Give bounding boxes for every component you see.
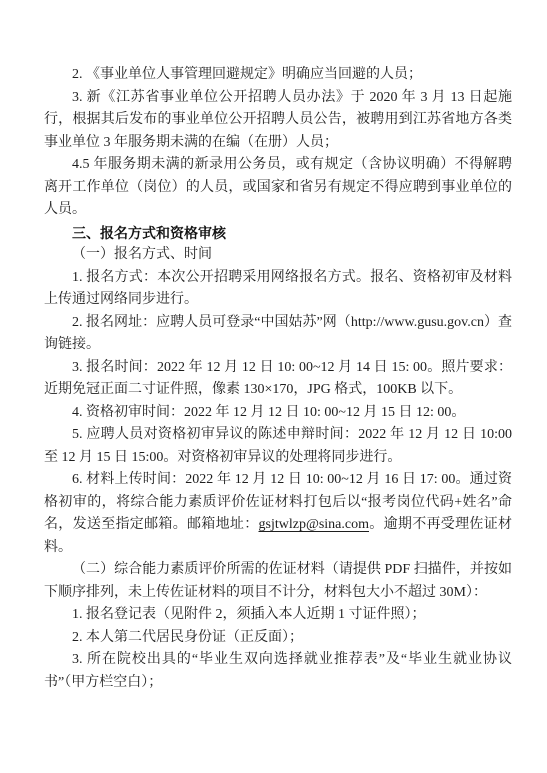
text-run: 3. 新《江苏省事业单位公开招聘人员办法》于 2020 年 3 月 13 日起施… [44,90,512,150]
text-run: 2. 本人第二代居民身份证（正反面）； [72,630,303,645]
text-run: （一）报名方式、时间 [72,247,212,262]
paragraph: 3. 报名时间：2022 年 12 月 12 日 10: 00~12 月 14 … [44,357,512,402]
text-run: 4. 资格初审时间：2022 年 12 月 12 日 10: 00~12 月 1… [72,405,465,420]
paragraph: 4. 资格初审时间：2022 年 12 月 12 日 10: 00~12 月 1… [44,402,512,425]
paragraph: 2. 《事业单位人事管理回避规定》明确应当回避的人员； [44,64,512,87]
paragraph: 1. 报名登记表（见附件 2，须插入本人近期 1 寸证件照）； [44,604,512,627]
paragraph: 6. 材料上传时间：2022 年 12 月 12 日 10: 00~12 月 1… [44,469,512,559]
paragraph: 2. 本人第二代居民身份证（正反面）； [44,627,512,650]
document-content: 2. 《事业单位人事管理回避规定》明确应当回避的人员；3. 新《江苏省事业单位公… [44,64,512,694]
text-run: 2. 《事业单位人事管理回避规定》明确应当回避的人员； [72,67,422,82]
paragraph: （一）报名方式、时间 [44,244,512,267]
paragraph: 4.5 年服务期未满的新录用公务员，或有规定（含协议明确）不得解聘离开工作单位（… [44,154,512,222]
paragraph: （二）综合能力素质评价所需的佐证材料（请提供 PDF 扫描件，并按如下顺序排列，… [44,559,512,604]
email-address: gsjtwlzp@sina.com [259,517,370,532]
section-heading: 三、报名方式和资格审核 [44,222,512,245]
text-run: 3. 所在院校出具的“毕业生双向选择就业推荐表”及“毕业生就业协议书”（甲方栏空… [44,652,512,690]
text-run: 4.5 年服务期未满的新录用公务员，或有规定（含协议明确）不得解聘离开工作单位（… [44,157,512,217]
paragraph: 1. 报名方式：本次公开招聘采用网络报名方式。报名、资格初审及材料上传通过网络同… [44,267,512,312]
text-run: 3. 报名时间：2022 年 12 月 12 日 10: 00~12 月 14 … [44,360,512,398]
paragraph: 5. 应聘人员对资格初审异议的陈述申辩时间：2022 年 12 月 12 日 1… [44,424,512,469]
paragraph: 2. 报名网址：应聘人员可登录“中国姑苏”网（http://www.gusu.g… [44,312,512,357]
paragraph: 3. 所在院校出具的“毕业生双向选择就业推荐表”及“毕业生就业协议书”（甲方栏空… [44,649,512,694]
text-run: 三、报名方式和资格审核 [72,225,226,241]
text-run: （二）综合能力素质评价所需的佐证材料（请提供 PDF 扫描件，并按如下顺序排列，… [44,562,512,600]
text-run: 1. 报名方式：本次公开招聘采用网络报名方式。报名、资格初审及材料上传通过网络同… [44,270,512,308]
document-page: 2. 《事业单位人事管理回避规定》明确应当回避的人员；3. 新《江苏省事业单位公… [0,0,547,773]
text-run: 2. 报名网址：应聘人员可登录“中国姑苏”网（http://www.gusu.g… [44,315,512,353]
text-run: 5. 应聘人员对资格初审异议的陈述申辩时间：2022 年 12 月 12 日 1… [44,427,512,465]
paragraph: 3. 新《江苏省事业单位公开招聘人员办法》于 2020 年 3 月 13 日起施… [44,87,512,155]
text-run: 1. 报名登记表（见附件 2，须插入本人近期 1 寸证件照）； [72,607,426,622]
